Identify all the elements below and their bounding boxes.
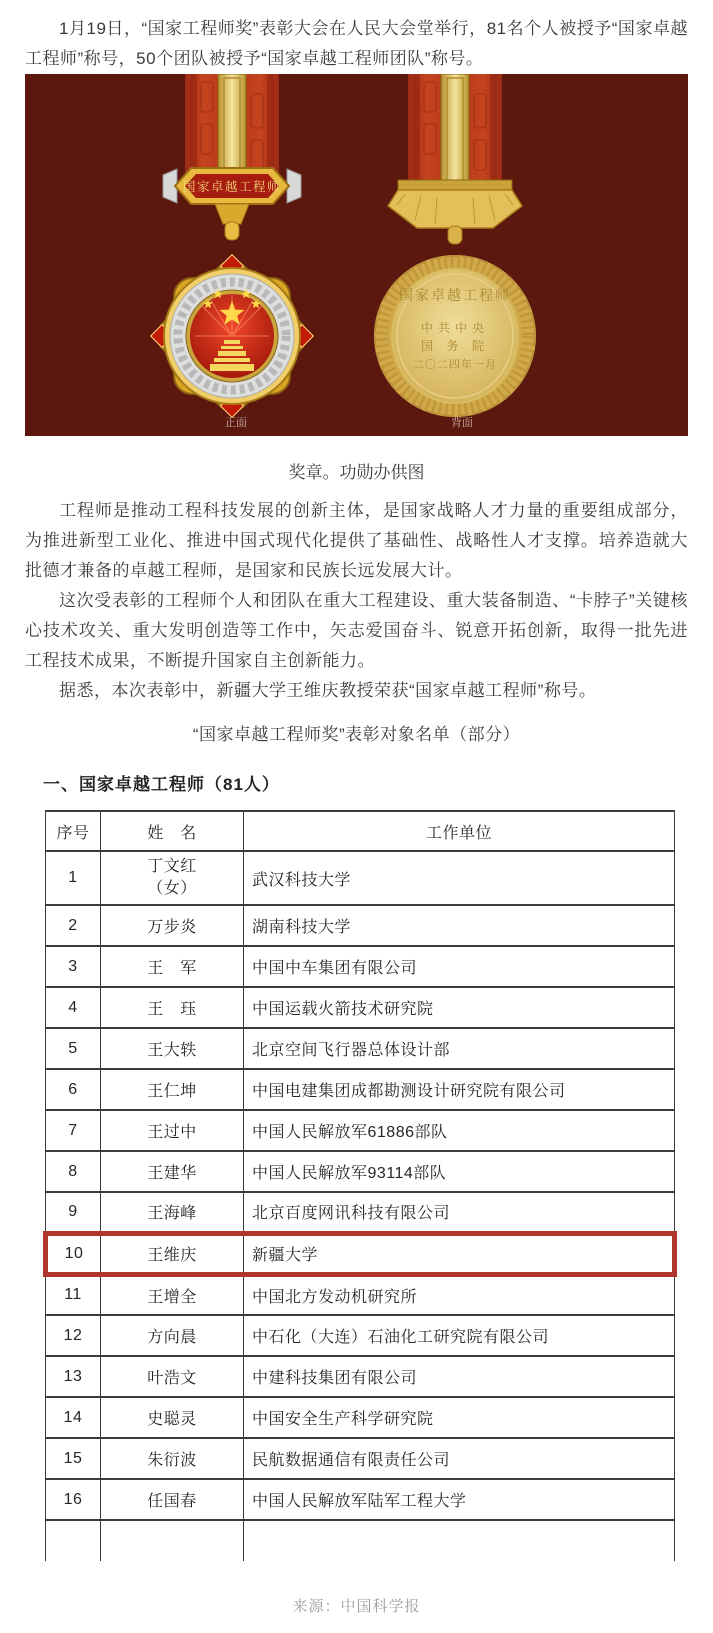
cell-name: 王 军	[101, 946, 244, 987]
cell-org: 武汉科技大学	[244, 851, 675, 905]
table-row: 4 王 珏 中国运载火箭技术研究院	[46, 987, 675, 1028]
cell-no: 15	[46, 1438, 101, 1479]
table-row-highlighted: 10 王维庆 新疆大学	[46, 1233, 675, 1274]
cell-no: 8	[46, 1151, 101, 1192]
medal-banner-text: 国家卓越工程师	[183, 179, 281, 194]
cell-name: 王维庆	[101, 1233, 244, 1274]
cell-org: 湖南科技大学	[244, 905, 675, 946]
table-row: 6 王仁坤 中国电建集团成都勘测设计研究院有限公司	[46, 1069, 675, 1110]
cell-name: 王建华	[101, 1151, 244, 1192]
table-row: 5 王大轶 北京空间飞行器总体设计部	[46, 1028, 675, 1069]
table-row: 8 王建华 中国人民解放军93114部队	[46, 1151, 675, 1192]
cell-name: 叶浩文	[101, 1356, 244, 1397]
cell-no: 1	[46, 851, 101, 905]
cell-org: 中石化（大连）石油化工研究院有限公司	[244, 1315, 675, 1356]
figure-background	[25, 74, 688, 436]
cell-org: 北京空间飞行器总体设计部	[244, 1028, 675, 1069]
table-row: 3 王 军 中国中车集团有限公司	[46, 946, 675, 987]
list-title: “国家卓越工程师奖”表彰对象名单（部分）	[25, 720, 688, 750]
article: 1月19日，“国家工程师奖”表彰大会在人民大会堂举行，81名个人被授予“国家卓越…	[0, 0, 713, 1616]
cell-name: 方向晨	[101, 1315, 244, 1356]
medal-back-title: 国家卓越工程师	[399, 287, 511, 303]
intro-paragraph: 1月19日，“国家工程师奖”表彰大会在人民大会堂举行，81名个人被授予“国家卓越…	[25, 14, 688, 74]
table-row: 9 王海峰 北京百度网讯科技有限公司	[46, 1192, 675, 1233]
medal-photo[interactable]: 国家卓越工程师	[25, 74, 688, 436]
body-paragraph: 工程师是推动工程科技发展的创新主体，是国家战略人才力量的重要组成部分，为推进新型…	[25, 496, 688, 586]
cell-no: 10	[46, 1233, 101, 1274]
header-no: 序号	[46, 811, 101, 851]
front-label: 正面	[225, 416, 247, 429]
table-row: 15 朱衍波 民航数据通信有限责任公司	[46, 1438, 675, 1479]
table-row: 12 方向晨 中石化（大连）石油化工研究院有限公司	[46, 1315, 675, 1356]
cell-org: 中建科技集团有限公司	[244, 1356, 675, 1397]
cell-org: 中国人民解放军61886部队	[244, 1110, 675, 1151]
cell-name: 王仁坤	[101, 1069, 244, 1110]
medal-back-date: 二〇二四年一月	[413, 357, 497, 371]
header-org: 工作单位	[244, 811, 675, 851]
table-row-cutoff	[46, 1520, 675, 1561]
back-label: 背面	[451, 415, 473, 429]
table-row: 1 丁文红 （女） 武汉科技大学	[46, 851, 675, 905]
cell-org: 中国人民解放军陆军工程大学	[244, 1479, 675, 1520]
cell-no: 6	[46, 1069, 101, 1110]
cell-name: 任国春	[101, 1479, 244, 1520]
source-credit: 来源：中国科学报	[25, 1595, 688, 1616]
cell-org: 北京百度网讯科技有限公司	[244, 1192, 675, 1233]
cell-name: 万步炎	[101, 905, 244, 946]
cell-no: 2	[46, 905, 101, 946]
cell-no: 14	[46, 1397, 101, 1438]
cell-no: 9	[46, 1192, 101, 1233]
cell-no: 16	[46, 1479, 101, 1520]
cell-no: 5	[46, 1028, 101, 1069]
cell-org: 中国北方发动机研究所	[244, 1274, 675, 1315]
table-row: 7 王过中 中国人民解放军61886部队	[46, 1110, 675, 1151]
cell-org: 民航数据通信有限责任公司	[244, 1438, 675, 1479]
medal-back-issuer-2: 国 务 院	[421, 339, 489, 353]
cell-no: 11	[46, 1274, 101, 1315]
cell-org: 中国电建集团成都勘测设计研究院有限公司	[244, 1069, 675, 1110]
cell-name: 朱衍波	[101, 1438, 244, 1479]
table-row: 13 叶浩文 中建科技集团有限公司	[46, 1356, 675, 1397]
cell-org: 中国运载火箭技术研究院	[244, 987, 675, 1028]
medal-back-issuer-1: 中共中央	[421, 320, 489, 335]
cell-name-line1: 丁文红	[102, 856, 242, 878]
cell-name: 丁文红 （女）	[101, 851, 244, 905]
table-header-row: 序号 姓 名 工作单位	[46, 811, 675, 851]
cell-no: 13	[46, 1356, 101, 1397]
cell-org: 中国安全生产科学研究院	[244, 1397, 675, 1438]
award-table: 序号 姓 名 工作单位 1 丁文红 （女） 武汉科技大学 2 万步炎 湖南科技大…	[43, 810, 677, 1561]
cell-no: 4	[46, 987, 101, 1028]
figure-caption: 奖章。功勋办供图	[25, 458, 688, 488]
cell-name: 王大轶	[101, 1028, 244, 1069]
cell-name: 王过中	[101, 1110, 244, 1151]
table-row: 16 任国春 中国人民解放军陆军工程大学	[46, 1479, 675, 1520]
cell-name: 王增全	[101, 1274, 244, 1315]
section-heading: 一、国家卓越工程师（81人）	[43, 772, 688, 798]
cell-name: 王海峰	[101, 1192, 244, 1233]
cell-name: 史聪灵	[101, 1397, 244, 1438]
cell-no: 7	[46, 1110, 101, 1151]
header-name: 姓 名	[101, 811, 244, 851]
table-row: 2 万步炎 湖南科技大学	[46, 905, 675, 946]
table-row: 11 王增全 中国北方发动机研究所	[46, 1274, 675, 1315]
cell-name-line2: （女）	[102, 878, 242, 900]
cell-org: 中国中车集团有限公司	[244, 946, 675, 987]
body-paragraph: 这次受表彰的工程师个人和团队在重大工程建设、重大装备制造、“卡脖子”关键核心技术…	[25, 586, 688, 676]
cell-name: 王 珏	[101, 987, 244, 1028]
table-row: 14 史聪灵 中国安全生产科学研究院	[46, 1397, 675, 1438]
cell-no: 12	[46, 1315, 101, 1356]
cell-no: 3	[46, 946, 101, 987]
body-paragraph: 据悉，本次表彰中，新疆大学王维庆教授荣获“国家卓越工程师”称号。	[25, 676, 688, 706]
cell-org: 中国人民解放军93114部队	[244, 1151, 675, 1192]
cell-org: 新疆大学	[244, 1233, 675, 1274]
